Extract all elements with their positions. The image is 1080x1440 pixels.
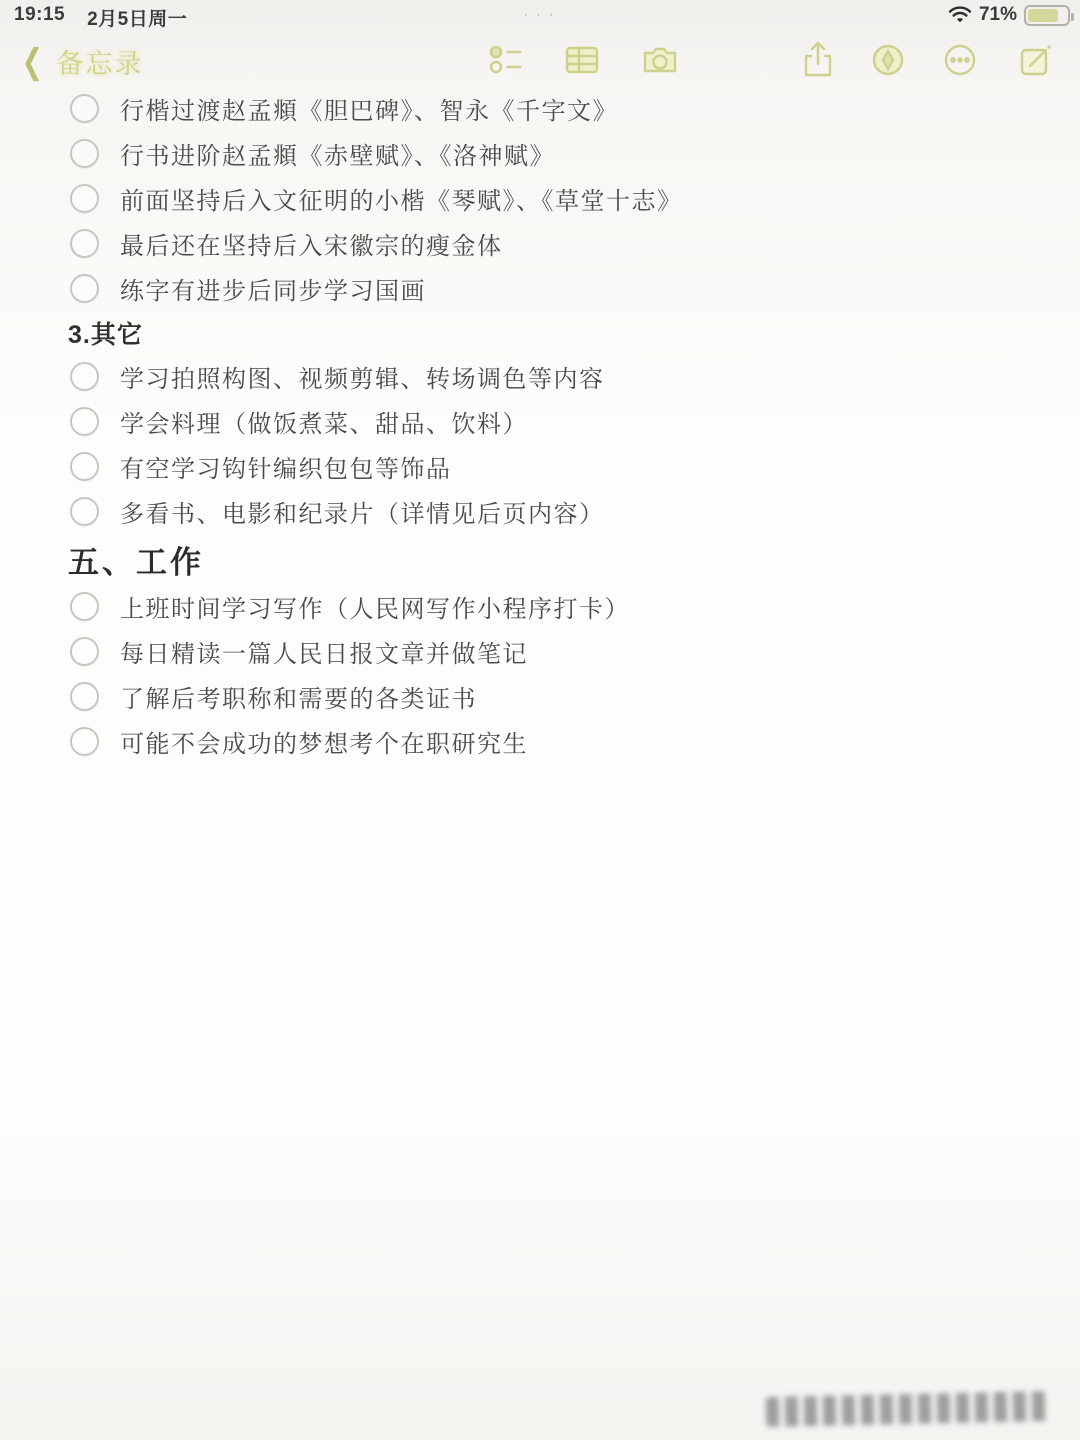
checkbox-circle[interactable] [70,274,99,303]
section-heading: 五、工作 [0,534,1080,584]
checklist-row: 可能不会成功的梦想考个在职研究生 [0,719,1080,764]
checklist-item-text[interactable]: 练字有进步后同步学习国画 [120,271,426,306]
checkbox-circle[interactable] [70,184,99,213]
status-bar: 19:15 2月5日周一 · · · 71% [0,0,1080,30]
checklist-item-text[interactable]: 上班时间学习写作（人民网写作小程序打卡） [120,589,630,624]
watermark-blurred [766,1391,1049,1427]
battery-fill [1028,9,1058,22]
share-icon[interactable] [798,40,838,80]
checklist-item-text[interactable]: 最后还在坚持后入宋徽宗的瘦金体 [120,226,503,261]
checklist-item-text[interactable]: 行书进阶赵孟頫《赤壁赋》、《洛神赋》 [120,136,555,171]
checklist-row: 每日精读一篇人民日报文章并做笔记 [0,629,1080,674]
back-button[interactable]: ❮ 备忘录 [18,42,144,81]
nav-bar: ❮ 备忘录 [0,30,1080,92]
section-heading: 3.其它 [0,311,1080,354]
checklist-row: 有空学习钩针编织包包等饰品 [0,444,1080,489]
chevron-left-icon: ❮ [22,45,43,79]
checklist-row: 学会料理（做饭煮菜、甜品、饮料） [0,399,1080,444]
checklist-row: 练字有进步后同步学习国画 [0,266,1080,311]
checkbox-circle[interactable] [70,229,99,258]
checkbox-circle[interactable] [70,497,99,526]
multitask-dots-icon: · · · [0,9,1080,21]
checklist-row: 行书进阶赵孟頫《赤壁赋》、《洛神赋》 [0,131,1080,176]
checklist-row: 多看书、电影和纪录片（详情见后页内容） [0,489,1080,534]
checklist-item-text[interactable]: 学会料理（做饭煮菜、甜品、饮料） [120,404,528,439]
checklist-icon[interactable] [486,40,526,80]
checkbox-circle[interactable] [70,637,99,666]
checklist-row: 最后还在坚持后入宋徽宗的瘦金体 [0,221,1080,266]
note-body: 行楷过渡赵孟頫《胆巴碑》、智永《千字文》 行书进阶赵孟頫《赤壁赋》、《洛神赋》 … [0,86,1080,764]
markup-pen-icon[interactable] [868,40,908,80]
checklist-row: 上班时间学习写作（人民网写作小程序打卡） [0,584,1080,629]
checkbox-circle[interactable] [70,452,99,481]
checklist-item-text[interactable]: 前面坚持后入文征明的小楷《琴赋》、《草堂十志》 [120,181,683,216]
checklist-row: 前面坚持后入文征明的小楷《琴赋》、《草堂十志》 [0,176,1080,221]
checklist-item-text[interactable]: 有空学习钩针编织包包等饰品 [120,449,452,484]
checkbox-circle[interactable] [70,94,99,123]
wifi-icon [948,6,972,24]
battery-percent: 71% [979,4,1017,26]
checklist-item-text[interactable]: 每日精读一篇人民日报文章并做笔记 [120,634,528,669]
checklist-row: 行楷过渡赵孟頫《胆巴碑》、智永《千字文》 [0,86,1080,131]
checkbox-circle[interactable] [70,727,99,756]
checklist-item-text[interactable]: 行楷过渡赵孟頫《胆巴碑》、智永《千字文》 [120,91,618,126]
checkbox-circle[interactable] [70,139,99,168]
checklist-item-text[interactable]: 可能不会成功的梦想考个在职研究生 [120,724,528,759]
checklist-item-text[interactable]: 学习拍照构图、视频剪辑、转场调色等内容 [120,359,605,394]
compose-icon[interactable] [1016,40,1056,80]
back-label: 备忘录 [57,42,144,81]
checkbox-circle[interactable] [70,407,99,436]
battery-icon [1024,5,1070,26]
camera-icon[interactable] [640,40,680,80]
checklist-row: 了解后考职称和需要的各类证书 [0,674,1080,719]
checklist-row: 学习拍照构图、视频剪辑、转场调色等内容 [0,354,1080,399]
checkbox-circle[interactable] [70,362,99,391]
checkbox-circle[interactable] [70,592,99,621]
more-icon[interactable] [940,40,980,80]
table-icon[interactable] [562,40,602,80]
checklist-item-text[interactable]: 了解后考职称和需要的各类证书 [120,679,477,714]
checkbox-circle[interactable] [70,682,99,711]
checklist-item-text[interactable]: 多看书、电影和纪录片（详情见后页内容） [120,494,605,529]
